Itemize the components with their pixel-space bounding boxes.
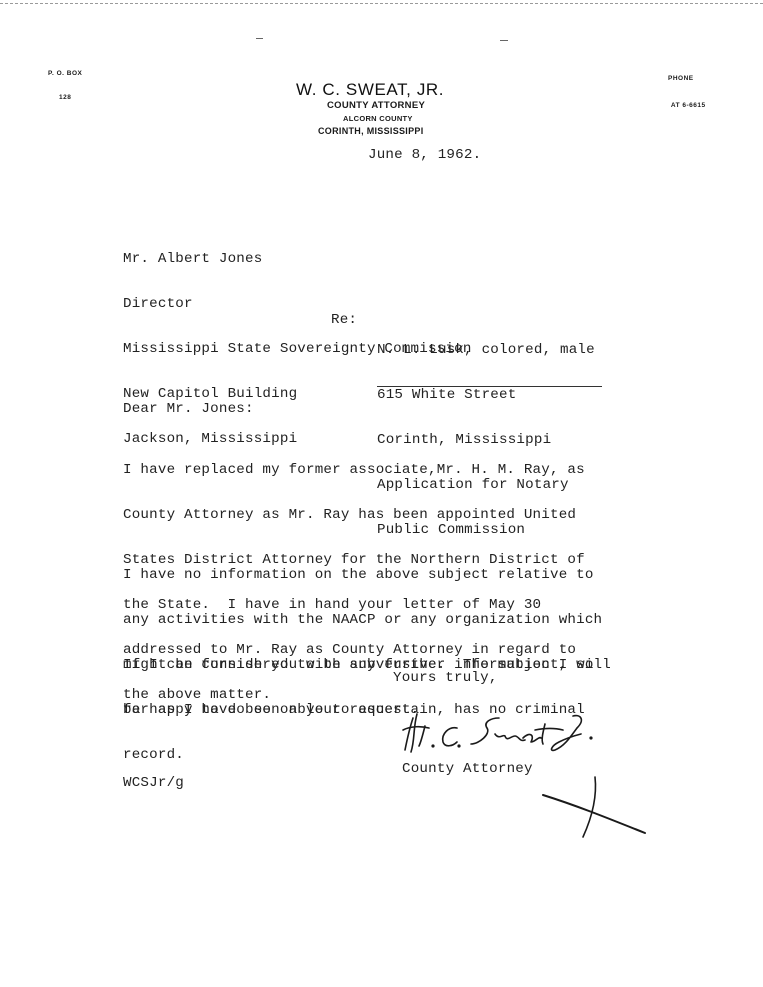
reference-underline <box>377 386 602 387</box>
reference-line: 615 White Street <box>377 388 595 403</box>
body-line: I have no information on the above subje… <box>123 568 602 583</box>
scan-speck <box>256 38 263 39</box>
body-line: County Attorney as Mr. Ray has been appo… <box>123 508 585 523</box>
address-line: Mr. Albert Jones <box>123 252 472 267</box>
scan-speck <box>500 40 508 41</box>
reference-label: Re: <box>331 313 357 328</box>
page-edge-dashed-line <box>0 3 763 4</box>
closing: Yours truly, <box>393 671 498 686</box>
handwritten-cross-mark <box>535 775 650 845</box>
po-box-label: P. O. BOX <box>48 70 82 78</box>
salutation: Dear Mr. Jones: <box>123 402 254 417</box>
phone-number: AT 6-6615 <box>668 101 706 110</box>
body-line: If I can furnish you with any further in… <box>123 658 611 673</box>
typist-initials: WCSJr/g <box>123 776 184 791</box>
po-box-number: 128 <box>48 94 82 102</box>
signer-title: County Attorney <box>402 762 533 777</box>
letterhead-title: COUNTY ATTORNEY <box>327 100 425 111</box>
po-box: P. O. BOX 128 <box>48 54 82 110</box>
handwritten-signature <box>395 700 625 760</box>
body-line: I have replaced my former associate,Mr. … <box>123 463 585 478</box>
body-line: any activities with the NAACP or any org… <box>123 613 602 628</box>
phone: PHONE AT 6-6615 <box>668 56 706 119</box>
letterhead-name: W. C. SWEAT, JR. <box>296 80 444 100</box>
letterhead-county: ALCORN COUNTY <box>343 114 413 123</box>
reference-line: N. L. Lusk, colored, male <box>377 343 595 358</box>
letterhead-city: CORINTH, MISSISSIPPI <box>318 126 424 136</box>
address-line: Director <box>123 297 472 312</box>
letter-date: June 8, 1962. <box>368 148 481 163</box>
phone-label: PHONE <box>668 74 706 83</box>
